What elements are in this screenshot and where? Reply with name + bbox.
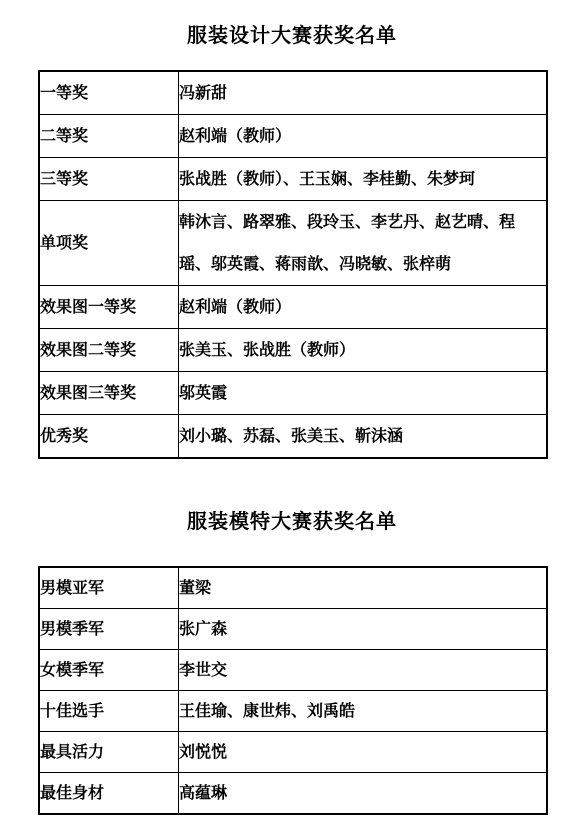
award-category-cell: 优秀奖 — [39, 415, 179, 459]
winners-cell: 高蕴琳 — [179, 773, 548, 815]
winners-cell: 刘悦悦 — [179, 732, 548, 773]
document-page: 服装设计大赛获奖名单 一等奖冯新甜二等奖赵利端（教师）三等奖张战胜（教师）、王玉… — [0, 0, 584, 815]
winners-cell: 邬英霞 — [179, 372, 548, 415]
winners-cell: 赵利端（教师） — [179, 115, 548, 158]
award-table-row: 十佳选手王佳瑜、康世炜、刘禹皓 — [39, 691, 547, 732]
award-table-row: 一等奖冯新甜 — [39, 71, 547, 115]
award-category-cell: 效果图二等奖 — [39, 329, 179, 372]
design-competition-title: 服装设计大赛获奖名单 — [0, 0, 584, 48]
award-table-row: 三等奖张战胜（教师）、王玉娴、李桂勤、朱梦珂 — [39, 158, 547, 201]
award-category-cell: 一等奖 — [39, 71, 179, 115]
award-table-row: 效果图三等奖邬英霞 — [39, 372, 547, 415]
award-category-cell: 最佳身材 — [39, 773, 179, 815]
award-table-row: 男模亚军董梁 — [39, 567, 547, 609]
award-table-row: 最佳身材高蕴琳 — [39, 773, 547, 815]
winners-cell: 李世交 — [179, 650, 548, 691]
winners-cell: 张战胜（教师）、王玉娴、李桂勤、朱梦珂 — [179, 158, 548, 201]
award-category-cell: 效果图一等奖 — [39, 286, 179, 329]
winners-cell: 张广森 — [179, 609, 548, 650]
model-competition-awards-table: 男模亚军董梁男模季军张广森女模季军李世交十佳选手王佳瑜、康世炜、刘禹皓最具活力刘… — [38, 566, 548, 815]
award-category-cell: 三等奖 — [39, 158, 179, 201]
award-category-cell: 十佳选手 — [39, 691, 179, 732]
winners-cell: 刘小璐、苏磊、张美玉、靳沫涵 — [179, 415, 548, 459]
design-competition-awards-table: 一等奖冯新甜二等奖赵利端（教师）三等奖张战胜（教师）、王玉娴、李桂勤、朱梦珂单项… — [38, 70, 548, 459]
winners-cell: 赵利端（教师） — [179, 286, 548, 329]
award-category-cell: 男模亚军 — [39, 567, 179, 609]
award-category-cell: 效果图三等奖 — [39, 372, 179, 415]
model-competition-title: 服装模特大赛获奖名单 — [0, 459, 584, 534]
award-category-cell: 单项奖 — [39, 201, 179, 286]
award-table-row: 二等奖赵利端（教师） — [39, 115, 547, 158]
winners-cell: 张美玉、张战胜（教师） — [179, 329, 548, 372]
winners-cell: 韩沐言、路翠雅、段玲玉、李艺丹、赵艺晴、程瑶、邬英霞、蒋雨歆、冯晓敏、张梓萌 — [179, 201, 548, 286]
award-table-row: 女模季军李世交 — [39, 650, 547, 691]
award-category-cell: 女模季军 — [39, 650, 179, 691]
award-table-row: 优秀奖刘小璐、苏磊、张美玉、靳沫涵 — [39, 415, 547, 459]
award-category-cell: 男模季军 — [39, 609, 179, 650]
award-table-row: 效果图二等奖张美玉、张战胜（教师） — [39, 329, 547, 372]
winners-cell: 冯新甜 — [179, 71, 548, 115]
award-table-row: 效果图一等奖赵利端（教师） — [39, 286, 547, 329]
award-category-cell: 最具活力 — [39, 732, 179, 773]
award-table-row: 男模季军张广森 — [39, 609, 547, 650]
award-table-row: 最具活力刘悦悦 — [39, 732, 547, 773]
winners-cell: 董梁 — [179, 567, 548, 609]
winners-cell: 王佳瑜、康世炜、刘禹皓 — [179, 691, 548, 732]
award-category-cell: 二等奖 — [39, 115, 179, 158]
award-table-row: 单项奖韩沐言、路翠雅、段玲玉、李艺丹、赵艺晴、程瑶、邬英霞、蒋雨歆、冯晓敏、张梓… — [39, 201, 547, 286]
